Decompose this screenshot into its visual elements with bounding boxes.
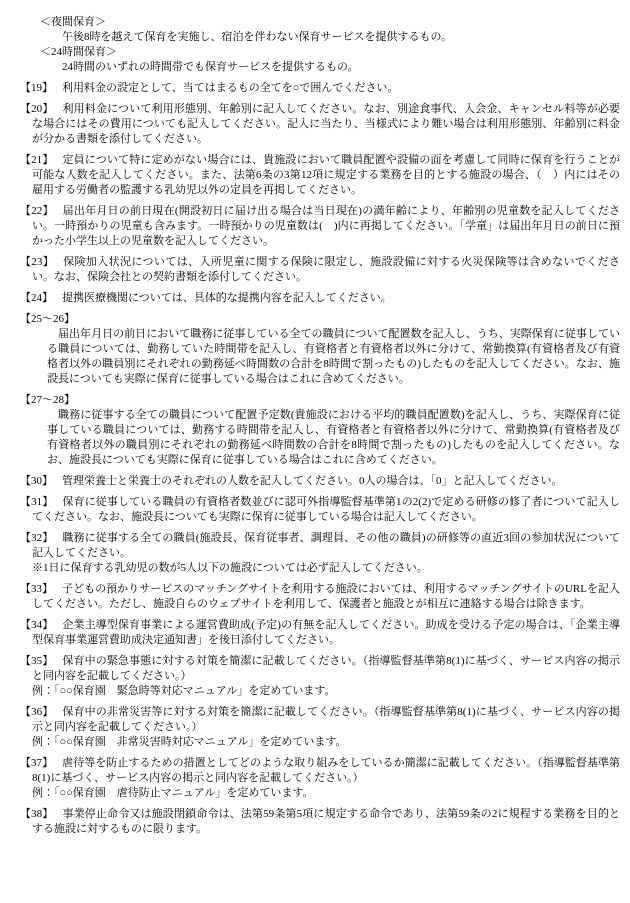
note-text-27-28: 職務に従事する全ての職員について配置予定数(貴施設における平均的職員配置数)を記… xyxy=(47,408,620,468)
note-number-30: 【30】 xyxy=(20,475,53,487)
note-item-35: 【35】保育中の緊急事態に対する対策を簡潔に記載してください。（指導監督基準第8… xyxy=(32,654,620,699)
note-item-30: 【30】管理栄養士と栄養士のそれぞれの人数を記入してください。0人の場合は、「0… xyxy=(32,474,620,489)
note-number-21: 【21】 xyxy=(20,154,53,166)
note-text-23: 保険加入状況については、入所児童に関する保険に限定し、施設設備に対する火災保険等… xyxy=(32,256,620,283)
note-item-37: 【37】虐待等を防止するための措置としてどのような取り組みをしているか簡潔に記載… xyxy=(32,756,620,801)
note-number-33: 【33】 xyxy=(20,583,53,595)
note-text-33: 子どもの預かりサービスのマッチングサイトを利用する施設においては、利用するマッチ… xyxy=(32,583,620,610)
note-number-24: 【24】 xyxy=(20,292,53,304)
note-text-31: 保育に従事している職員の有資格者数並びに認可外指導監督基準第1の2(2)で定める… xyxy=(32,496,620,523)
note-text-30: 管理栄養士と栄養士のそれぞれの人数を記入してください。0人の場合は、「0」と記入… xyxy=(62,475,563,487)
note-number-19: 【19】 xyxy=(20,82,53,94)
note-number-37: 【37】 xyxy=(20,757,53,769)
note-text-32: 職務に従事する全ての職員(施設長、保育従事者、調理員、その他の職員)の研修等の直… xyxy=(32,532,620,559)
note-example-35: 例：「○○保育園 緊急時等対応マニュアル」を定めています。 xyxy=(32,684,620,699)
note-item-20: 【20】利用料金について利用形態別、年齢別に記入してください。なお、別途食事代、… xyxy=(32,102,620,147)
definition-term-night-care: ＜夜間保育＞ xyxy=(40,15,620,30)
note-text-19: 利用料金の設定として、当てはまるもの全てを○で囲んでください。 xyxy=(62,82,398,94)
note-example-36: 例：「○○保育園 非常災害時対応マニュアル」を定めています。 xyxy=(32,735,620,750)
note-text-24: 提携医療機関については、具体的な提携内容を記入してください。 xyxy=(62,292,392,304)
note-number-23: 【23】 xyxy=(20,256,54,268)
note-text-37: 虐待等を防止するための措置としてどのような取り組みをしているか簡潔に記載してくだ… xyxy=(32,757,620,784)
note-text-34: 企業主導型保育事業による運営費助成(予定)の有無を記入してください。助成を受ける… xyxy=(32,619,620,646)
note-text-38: 事業停止命令又は施設閉鎖命令は、法第59条第5項に規定する命令であり、法第59条… xyxy=(32,808,620,835)
note-number-22: 【22】 xyxy=(20,205,54,217)
note-number-20: 【20】 xyxy=(20,103,53,115)
note-item-36: 【36】保育中の非常災害等に対する対策を簡潔に記載してください。（指導監督基準第… xyxy=(32,705,620,750)
note-item-38: 【38】事業停止命令又は施設閉鎖命令は、法第59条第5項に規定する命令であり、法… xyxy=(32,807,620,837)
note-item-23: 【23】保険加入状況については、入所児童に関する保険に限定し、施設設備に対する火… xyxy=(32,255,620,285)
note-text-21: 定員について特に定めがない場合には、貴施設において職員配置や設備の面を考慮して同… xyxy=(32,154,620,196)
note-number-38: 【38】 xyxy=(20,808,53,820)
note-number-25-26: 【25～26】 xyxy=(20,312,620,327)
note-remark-32: ※1日に保育する乳幼児の数が5人以下の施設については必ず記入してください。 xyxy=(32,561,620,576)
note-text-22: 届出年月日の前日現在(開設初日に届け出る場合は当日現在)の満年齢により、年齢別の… xyxy=(32,205,620,247)
note-group-27-28: 【27～28】 職務に従事する全ての職員について配置予定数(貴施設における平均的… xyxy=(20,393,620,468)
note-group-25-26: 【25～26】 届出年月日の前日において職務に従事している全ての職員について配置… xyxy=(20,312,620,387)
note-number-34: 【34】 xyxy=(20,619,53,631)
definition-desc-24h-care: 24時間のいずれの時間帯でも保育サービスを提供するもの。 xyxy=(62,60,620,75)
note-text-35: 保育中の緊急事態に対する対策を簡潔に記載してください。（指導監督基準第8(1)に… xyxy=(32,655,620,682)
note-item-32: 【32】職務に従事する全ての職員(施設長、保育従事者、調理員、その他の職員)の研… xyxy=(32,531,620,576)
note-number-32: 【32】 xyxy=(20,532,53,544)
definition-term-24h-care: ＜24時間保育＞ xyxy=(40,45,620,60)
note-item-24: 【24】提携医療機関については、具体的な提携内容を記入してください。 xyxy=(32,291,620,306)
note-item-34: 【34】企業主導型保育事業による運営費助成(予定)の有無を記入してください。助成… xyxy=(32,618,620,648)
note-item-21: 【21】定員について特に定めがない場合には、貴施設において職員配置や設備の面を考… xyxy=(32,153,620,198)
note-number-31: 【31】 xyxy=(20,496,53,508)
note-text-25-26: 届出年月日の前日において職務に従事している全ての職員について配置数を記入し、うち… xyxy=(47,327,620,387)
note-item-22: 【22】届出年月日の前日現在(開設初日に届け出る場合は当日現在)の満年齢により、… xyxy=(32,204,620,249)
note-number-35: 【35】 xyxy=(20,655,53,667)
note-item-33: 【33】子どもの預かりサービスのマッチングサイトを利用する施設においては、利用す… xyxy=(32,582,620,612)
note-item-19: 【19】利用料金の設定として、当てはまるもの全てを○で囲んでください。 xyxy=(32,81,620,96)
note-text-36: 保育中の非常災害等に対する対策を簡潔に記載してください。（指導監督基準第8(1)… xyxy=(32,706,620,733)
note-text-20: 利用料金について利用形態別、年齢別に記入してください。なお、別途食事代、入会金、… xyxy=(32,103,620,145)
definition-desc-night-care: 午後8時を越えて保育を実施し、宿泊を伴わない保育サービスを提供するもの。 xyxy=(62,30,620,45)
note-number-27-28: 【27～28】 xyxy=(20,393,620,408)
note-item-31: 【31】保育に従事している職員の有資格者数並びに認可外指導監督基準第1の2(2)… xyxy=(32,495,620,525)
document-page: ＜夜間保育＞ 午後8時を越えて保育を実施し、宿泊を伴わない保育サービスを提供する… xyxy=(0,0,630,903)
note-number-36: 【36】 xyxy=(20,706,53,718)
definitions-section: ＜夜間保育＞ 午後8時を越えて保育を実施し、宿泊を伴わない保育サービスを提供する… xyxy=(20,15,620,75)
note-example-37: 例：「○○保育園 虐待防止マニュアル」を定めています。 xyxy=(32,786,620,801)
